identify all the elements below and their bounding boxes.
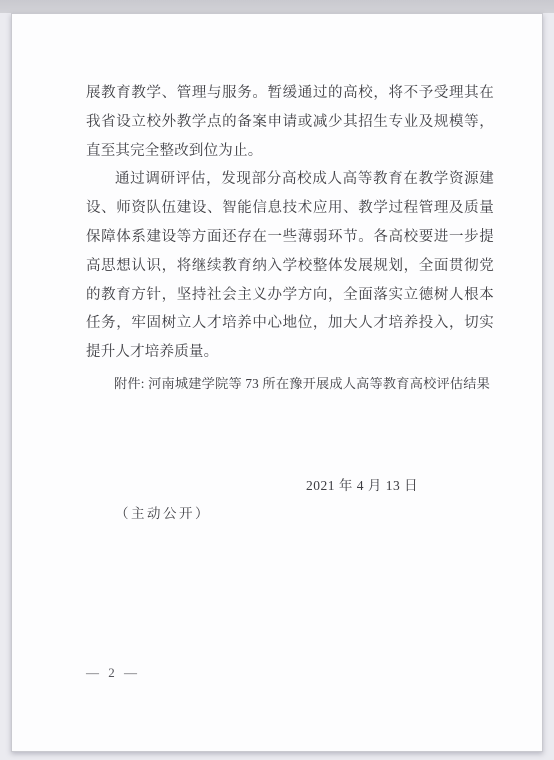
- document-viewer: 展教育教学、管理与服务。暂缓通过的高校，将不予受理其在我省设立校外教学点的备案申…: [0, 0, 554, 760]
- attachment-line: 附件: 河南城建学院等 73 所在豫开展成人高等教育高校评估结果: [86, 374, 506, 394]
- scan-top-shadow: [0, 0, 554, 13]
- page-number: — 2 —: [86, 664, 140, 682]
- document-body: 展教育教学、管理与服务。暂缓通过的高校，将不予受理其在我省设立校外教学点的备案申…: [86, 79, 494, 367]
- document-page: 展教育教学、管理与服务。暂缓通过的高校，将不予受理其在我省设立校外教学点的备案申…: [11, 13, 543, 752]
- disclosure-note: （主动公开）: [115, 504, 211, 524]
- date-line: 2021 年 4 月 13 日: [306, 476, 418, 496]
- body-paragraph: 通过调研评估，发现部分高校成人高等教育在教学资源建设、师资队伍建设、智能信息技术…: [86, 165, 494, 367]
- body-paragraph: 展教育教学、管理与服务。暂缓通过的高校，将不予受理其在我省设立校外教学点的备案申…: [86, 79, 494, 165]
